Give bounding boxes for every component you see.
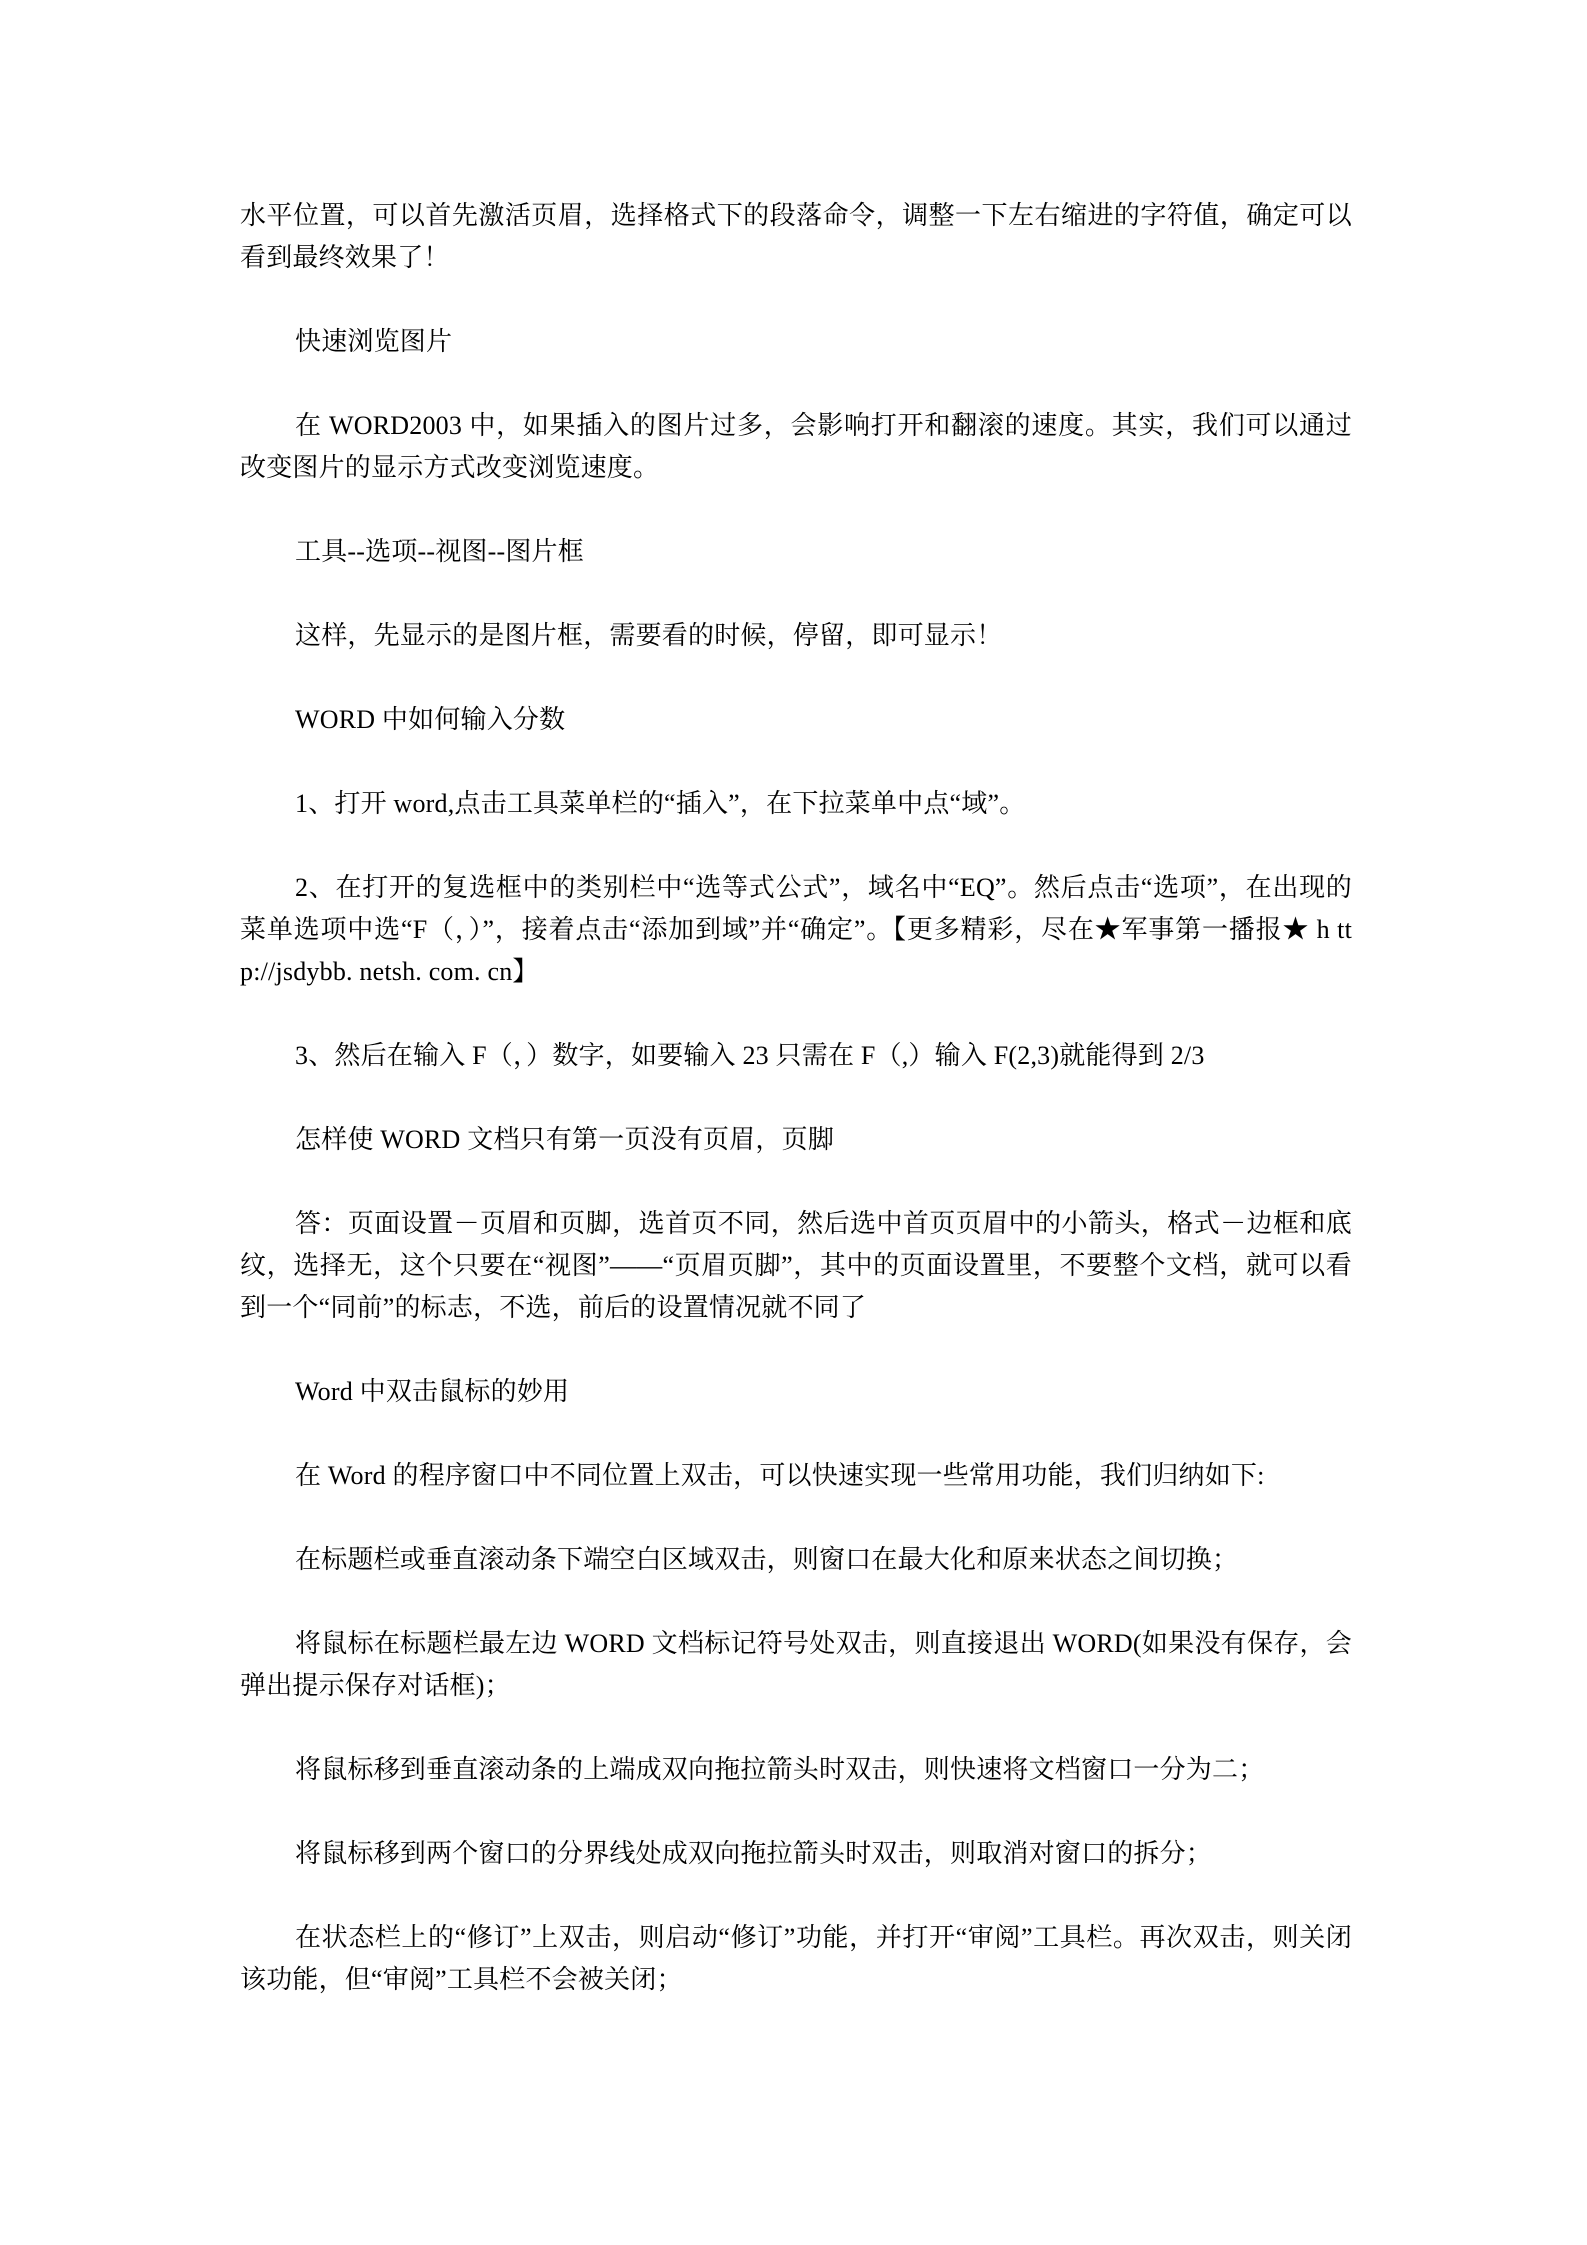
paragraph-step-3: 3、然后在输入 F（，）数字，如要输入 23 只需在 F（,）输入 F(2,3)… [240,1035,1352,1077]
heading-quick-browse-images: 快速浏览图片 [240,321,1352,363]
paragraph-step-1: 1、打开 word,点击工具菜单栏的“插入”，在下拉菜单中点“域”。 [240,783,1352,825]
paragraph-split-window: 将鼠标移到垂直滚动条的上端成双向拖拉箭头时双击，则快速将文档窗口一分为二； [240,1749,1352,1791]
paragraph-double-click-intro: 在 Word 的程序窗口中不同位置上双击，可以快速实现一些常用功能，我们归纳如下… [240,1455,1352,1497]
paragraph-step-2: 2、在打开的复选框中的类别栏中“选等式公式”，域名中“EQ”。然后点击“选项”，… [240,867,1352,993]
paragraph-track-changes: 在状态栏上的“修订”上双击，则启动“修订”功能，并打开“审阅”工具栏。再次双击，… [240,1917,1352,2001]
document-body: 水平位置，可以首先激活页眉，选择格式下的段落命令，调整一下左右缩进的字符值，确定… [240,195,1352,2043]
heading-double-click-uses: Word 中双击鼠标的妙用 [240,1371,1352,1413]
paragraph-continuation: 水平位置，可以首先激活页眉，选择格式下的段落命令，调整一下左右缩进的字符值，确定… [240,195,1352,279]
paragraph-placeholder-display: 这样，先显示的是图片框，需要看的时候，停留，即可显示！ [240,615,1352,657]
paragraph-title-bar: 在标题栏或垂直滚动条下端空白区域双击，则窗口在最大化和原来状态之间切换； [240,1539,1352,1581]
heading-first-page-no-header: 怎样使 WORD 文档只有第一页没有页眉，页脚 [240,1119,1352,1161]
paragraph-menu-path: 工具--选项--视图--图片框 [240,531,1352,573]
paragraph-exit-word: 将鼠标在标题栏最左边 WORD 文档标记符号处双击，则直接退出 WORD(如果没… [240,1623,1352,1707]
paragraph-answer: 答：页面设置－页眉和页脚，选首页不同，然后选中首页页眉中的小箭头，格式－边框和底… [240,1203,1352,1329]
document-page: 水平位置，可以首先激活页眉，选择格式下的段落命令，调整一下左右缩进的字符值，确定… [0,0,1587,2245]
heading-input-fraction: WORD 中如何输入分数 [240,699,1352,741]
paragraph-word2003-images: 在 WORD2003 中，如果插入的图片过多，会影响打开和翻滚的速度。其实，我们… [240,405,1352,489]
paragraph-unsplit-window: 将鼠标移到两个窗口的分界线处成双向拖拉箭头时双击，则取消对窗口的拆分； [240,1833,1352,1875]
